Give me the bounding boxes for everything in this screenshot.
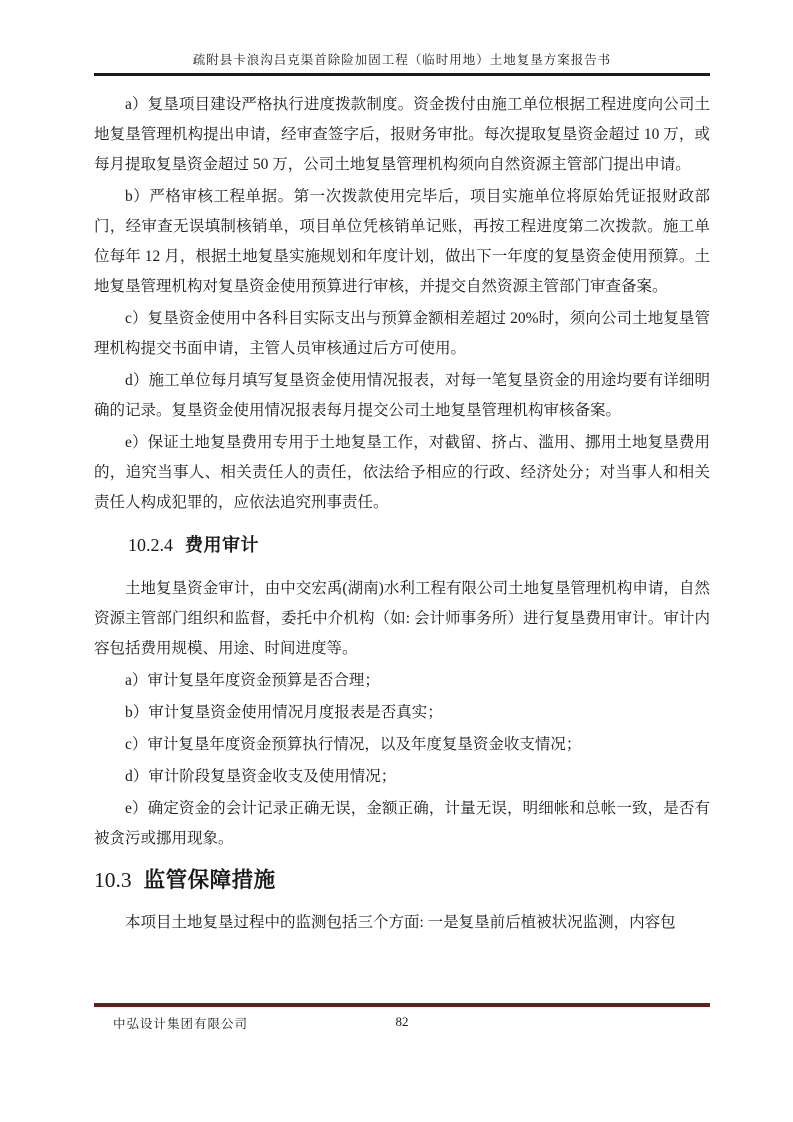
list-item-audit-d: d）审计阶段复垦资金收支及使用情况； [94, 762, 710, 792]
page-number: 82 [94, 1014, 710, 1030]
page-footer: 中弘设计集团有限公司 82 [94, 1003, 710, 1032]
paragraph-funding-e: e）保证土地复垦费用专用于土地复垦工作，对截留、挤占、滥用、挪用土地复垦费用的，… [94, 428, 710, 518]
list-item-audit-e: e）确定资金的会计记录正确无误，金额正确，计量无误，明细帐和总帐一致，是否有被贪… [94, 794, 710, 854]
section-title: 监管保障措施 [144, 868, 276, 892]
list-item-audit-a: a）审计复垦年度资金预算是否合理； [94, 666, 710, 696]
footer-row: 中弘设计集团有限公司 82 [94, 1014, 710, 1032]
header-rule [94, 73, 710, 76]
footer-rule [94, 1003, 710, 1007]
paragraph-audit-intro: 土地复垦资金审计，由中交宏禹(湖南)水利工程有限公司土地复垦管理机构申请，自然资… [94, 574, 710, 664]
section-number: 10.2.4 [128, 535, 173, 555]
document-content: a）复垦项目建设严格执行进度拨款制度。资金拨付由施工单位根据工程进度向公司土地复… [94, 90, 710, 940]
section-heading-10-2-4: 10.2.4费用审计 [94, 530, 710, 560]
document-page: 疏附县卡浪沟吕克渠首除险加固工程（临时用地）土地复垦方案报告书 a）复垦项目建设… [0, 0, 793, 1122]
header-title: 疏附县卡浪沟吕克渠首除险加固工程（临时用地）土地复垦方案报告书 [94, 52, 710, 68]
paragraph-funding-a: a）复垦项目建设严格执行进度拨款制度。资金拨付由施工单位根据工程进度向公司土地复… [94, 90, 710, 180]
list-item-audit-b: b）审计复垦资金使用情况月度报表是否真实； [94, 698, 710, 728]
section-heading-10-3: 10.3监管保障措施 [94, 862, 710, 898]
paragraph-funding-c: c）复垦资金使用中各科目实际支出与预算金额相差超过 20%时，须向公司土地复垦管… [94, 304, 710, 364]
list-item-audit-c: c）审计复垦年度资金预算执行情况，以及年度复垦资金收支情况； [94, 730, 710, 760]
paragraph-funding-b: b）严格审核工程单据。第一次拨款使用完毕后，项目实施单位将原始凭证报财政部门，经… [94, 182, 710, 302]
page-header: 疏附县卡浪沟吕克渠首除险加固工程（临时用地）土地复垦方案报告书 [94, 52, 710, 76]
section-number: 10.3 [94, 868, 132, 892]
paragraph-funding-d: d）施工单位每月填写复垦资金使用情况报表，对每一笔复垦资金的用途均要有详细明确的… [94, 366, 710, 426]
section-title: 费用审计 [185, 535, 259, 555]
paragraph-monitoring: 本项目土地复垦过程中的监测包括三个方面: 一是复垦前后植被状况监测，内容包 [94, 908, 710, 938]
